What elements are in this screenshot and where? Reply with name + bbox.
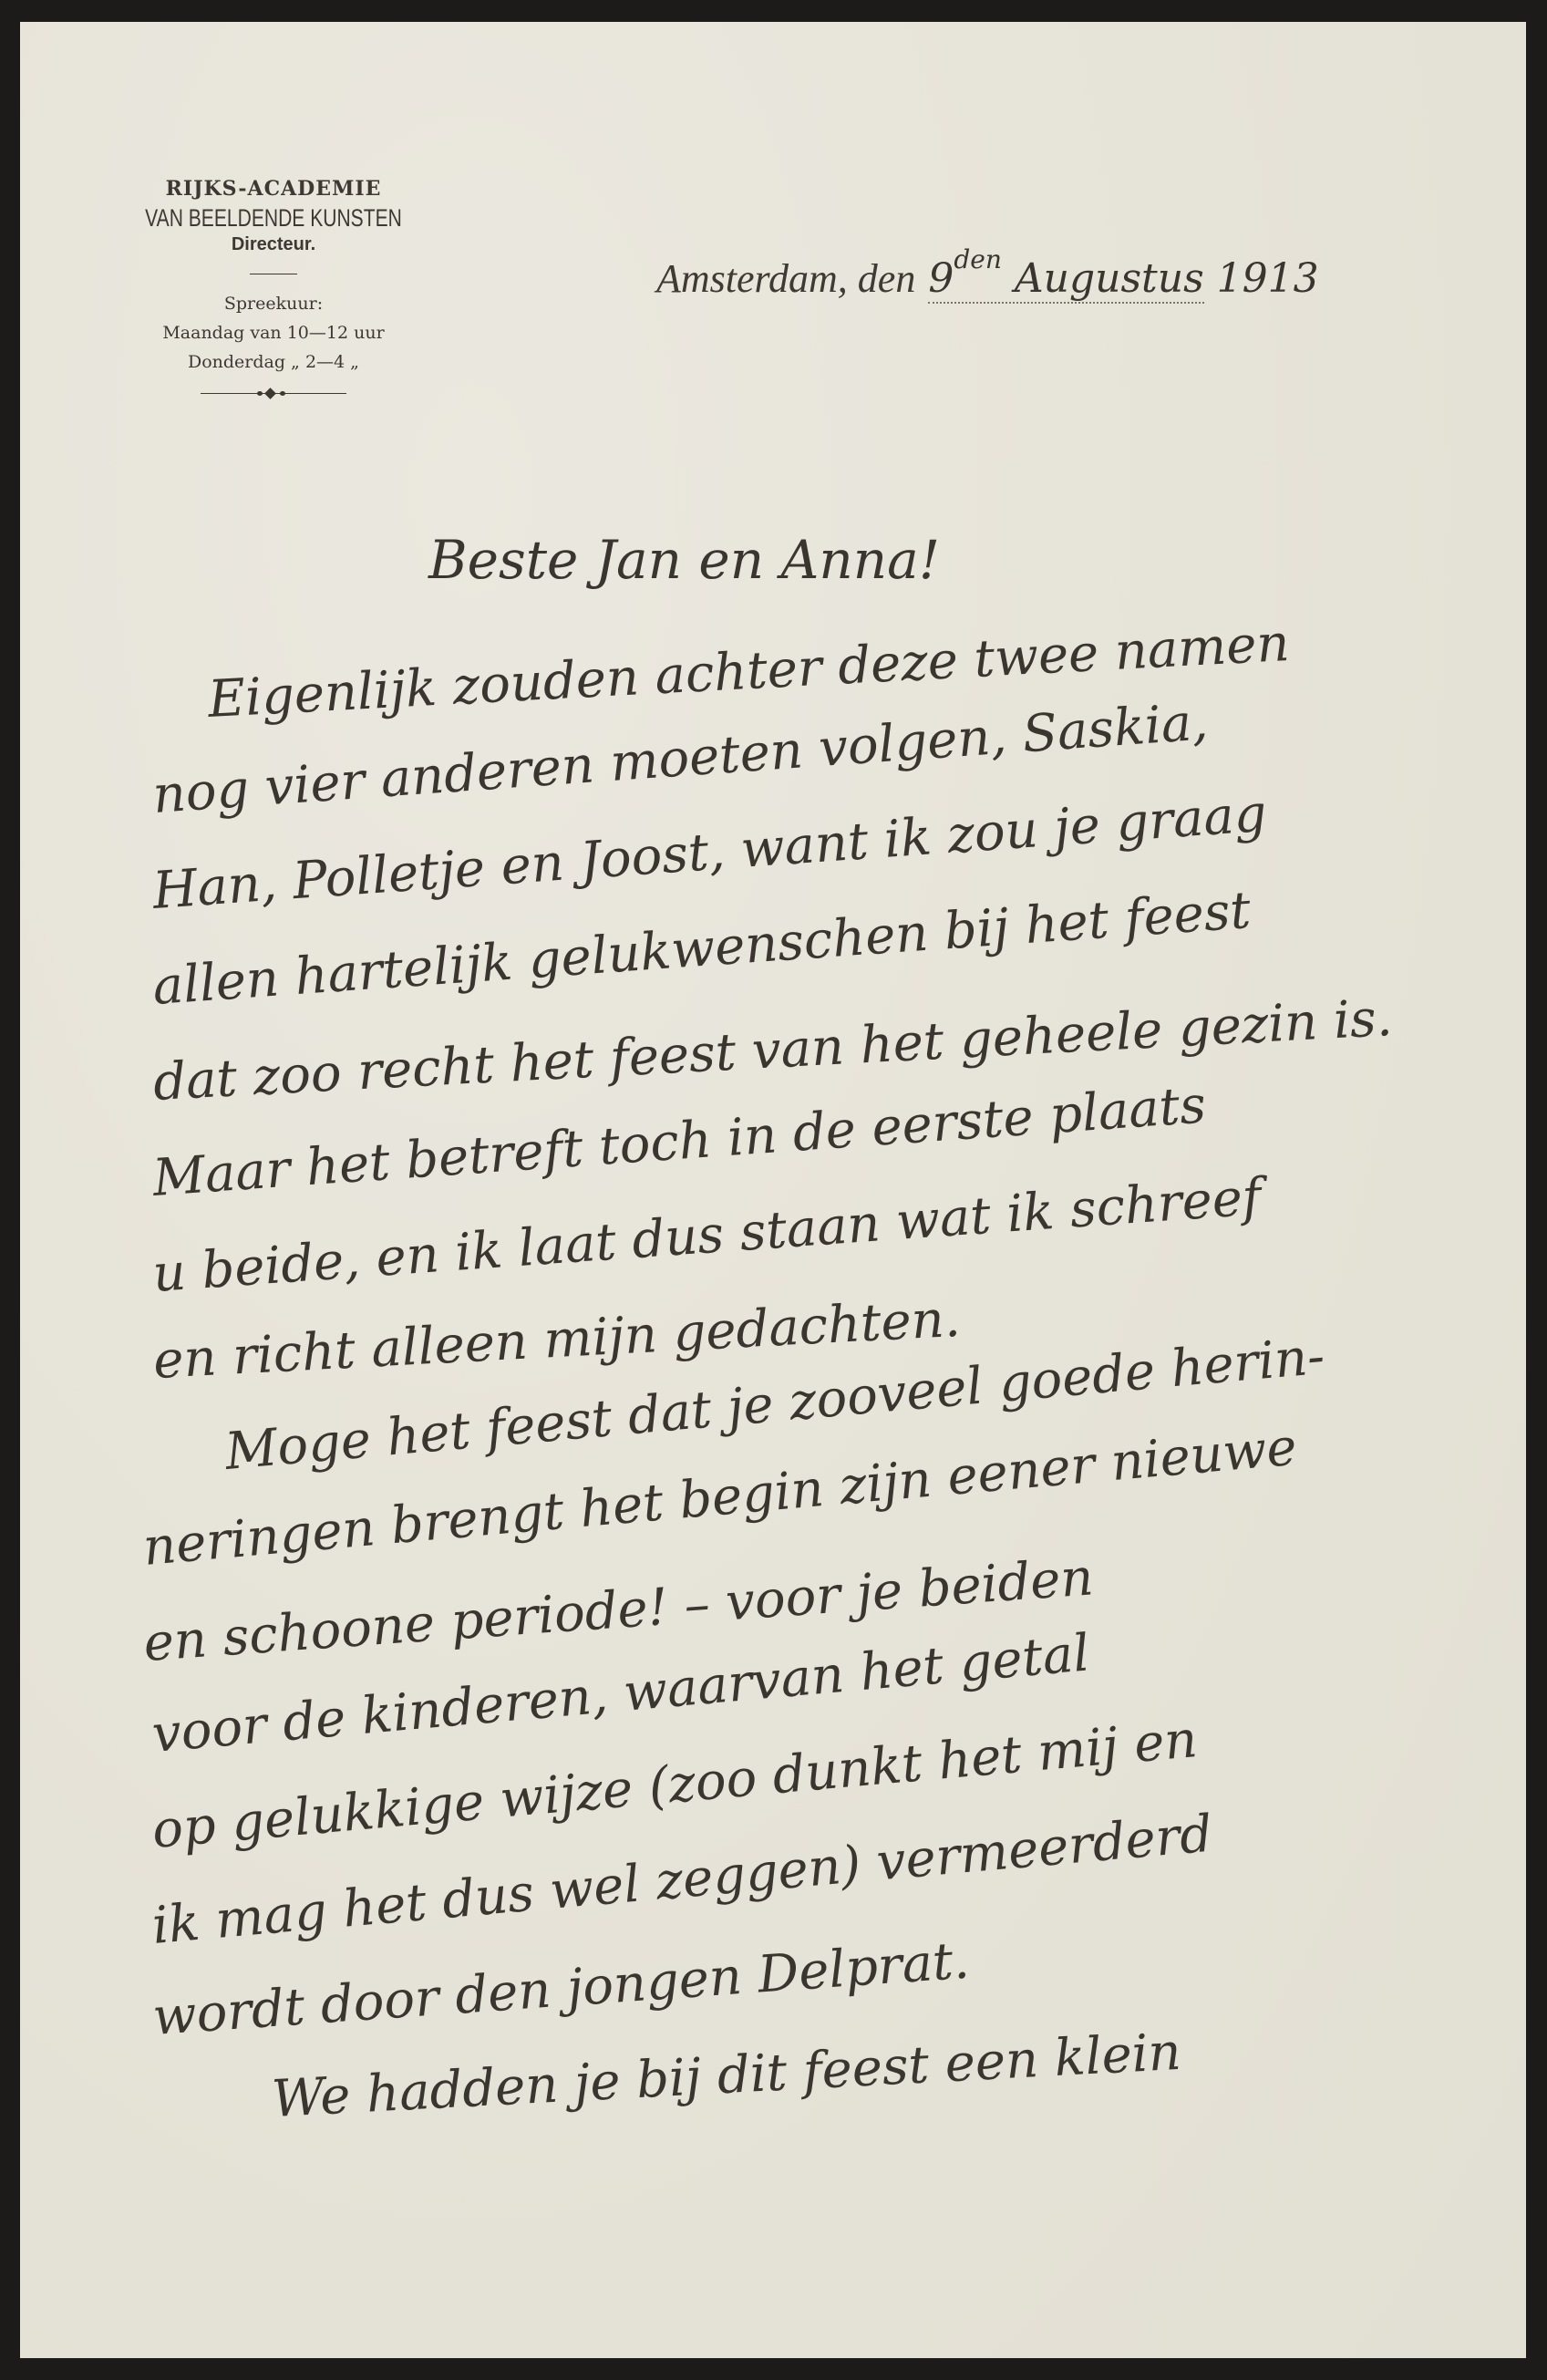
printed-place: Amsterdam, den	[656, 256, 915, 301]
date-month: Augustus	[1015, 255, 1204, 302]
letterhead: RIJKS-ACADEMIE VAN BEELDENDE KUNSTEN Dir…	[91, 164, 456, 400]
date-day: 9	[928, 255, 954, 302]
office-hours-thursday: Donderdag „ 2—4 „	[91, 347, 456, 377]
divider	[250, 274, 297, 274]
institution-subtitle: VAN BEELDENDE KUNSTEN	[131, 204, 416, 233]
date-field: 9den Augustus	[928, 244, 1203, 304]
ornament-divider-icon	[201, 388, 346, 400]
office-hours-label: Spreekuur:	[91, 289, 456, 318]
institution-name: RIJKS-ACADEMIE	[91, 177, 456, 201]
salutation: Beste Jan en Anna!	[428, 529, 940, 591]
role-title: Directeur.	[91, 234, 456, 255]
date-year: 1913	[1217, 255, 1319, 302]
date-day-suffix: den	[954, 244, 1002, 274]
dateline: Amsterdam, den 9den Augustus 1913	[656, 244, 1319, 304]
office-hours-monday: Maandag van 10—12 uur	[91, 318, 456, 347]
